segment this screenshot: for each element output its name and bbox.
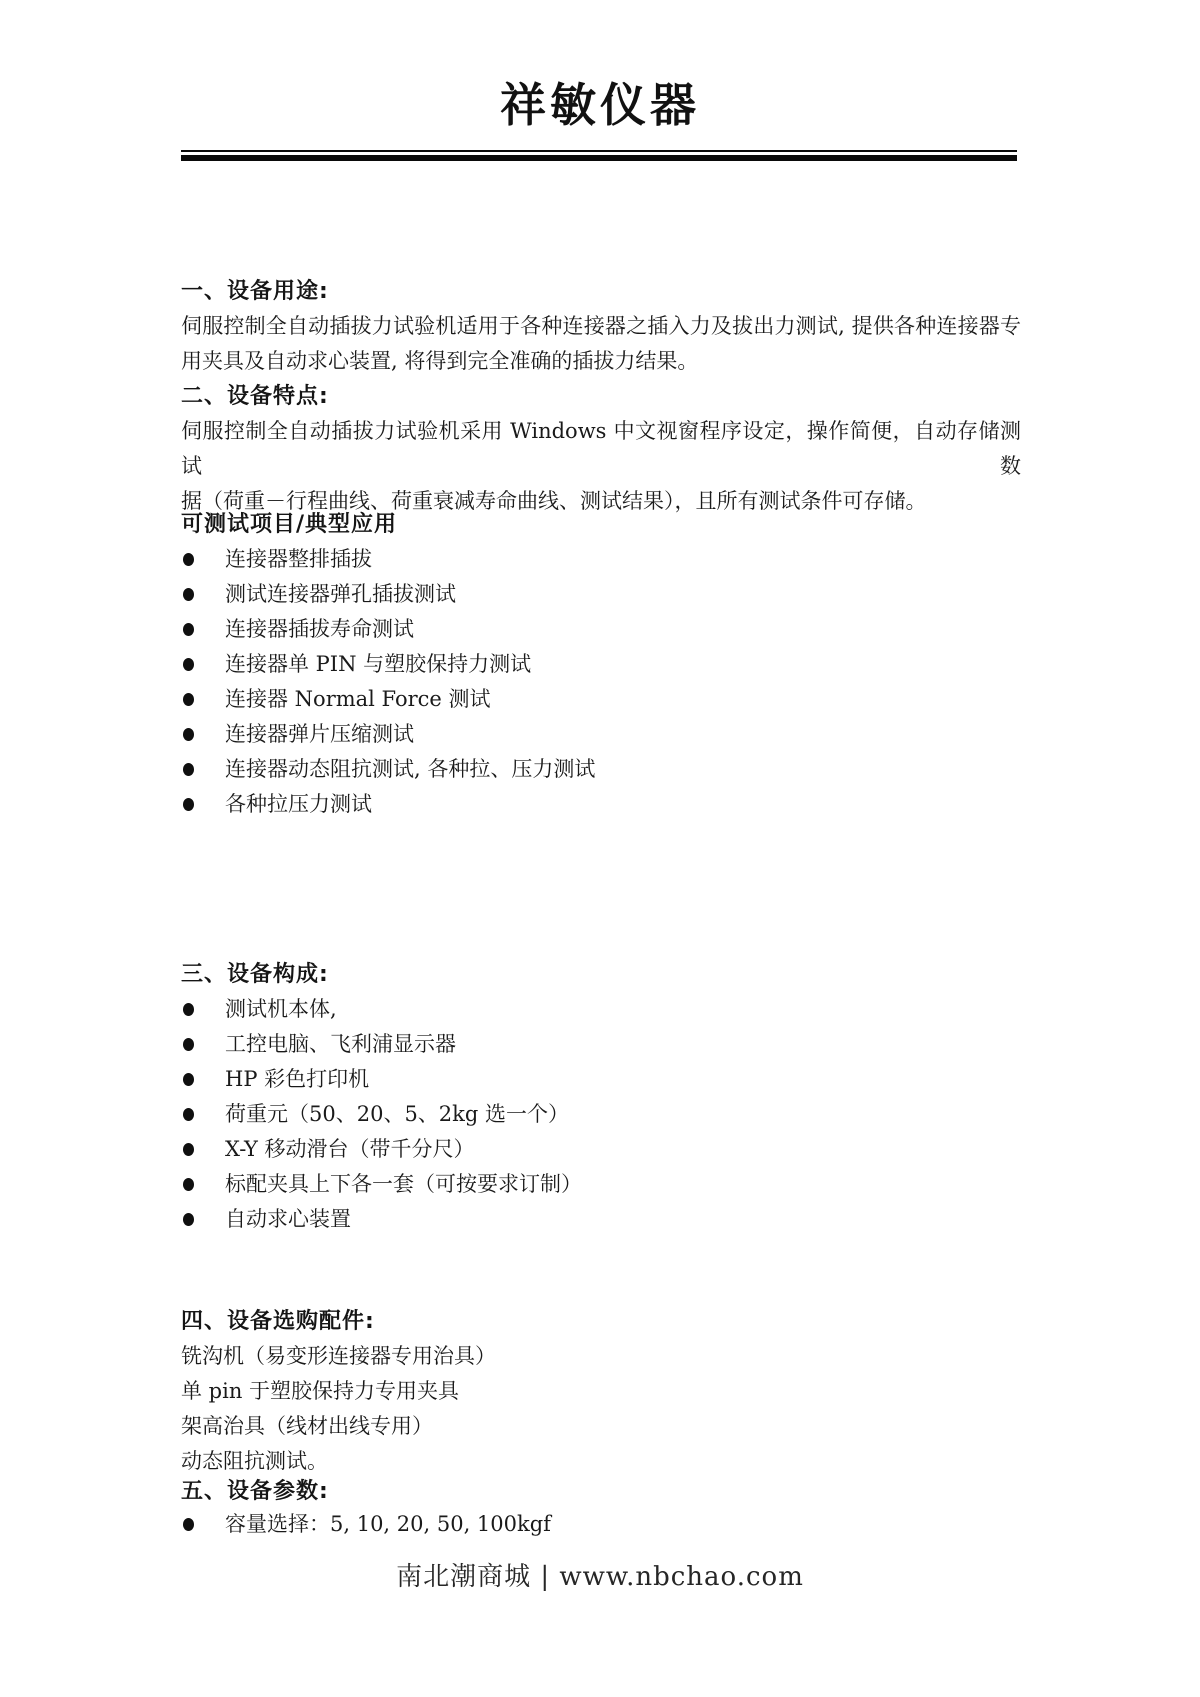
list-item-text: 各种拉压力测试 [225, 792, 372, 816]
list-item: 连接器插拔寿命测试 [181, 612, 1021, 647]
features-paragraph: 伺服控制全自动插拔力试验机采用 Windows 中文视窗程序设定，操作简便，自动… [181, 414, 1021, 519]
list-item-text: 连接器动态阻抗测试, 各种拉、压力测试 [225, 757, 595, 781]
parameters-list: 容量选择：5, 10, 20, 50, 100kgf [181, 1507, 1021, 1542]
bullet-icon [183, 1213, 194, 1226]
list-item-text: 标配夹具上下各一套（可按要求订制） [225, 1172, 582, 1196]
list-item: 工控电脑、飞利浦显示器 [181, 1027, 1021, 1062]
section-heading-features: 二、设备特点: [181, 379, 1021, 414]
list-item-text: 连接器整排插拔 [225, 547, 372, 571]
paragraph-line: 伺服控制全自动插拔力试验机采用 Windows 中文视窗程序设定，操作简便，自动… [181, 414, 1021, 484]
bullet-icon [183, 728, 194, 741]
list-item: 标配夹具上下各一套（可按要求订制） [181, 1167, 1021, 1202]
bullet-icon [183, 1143, 194, 1156]
list-item-text: X-Y 移动滑台（带千分尺） [225, 1137, 475, 1161]
title-divider-thick-line [181, 155, 1017, 161]
list-item-text: HP 彩色打印机 [225, 1067, 369, 1091]
paragraph-line: 铣沟机（易变形连接器专用治具） [181, 1339, 1021, 1374]
list-item: 荷重元（50、20、5、2kg 选一个） [181, 1097, 1021, 1132]
bullet-icon [183, 1038, 194, 1051]
list-item-text: 工控电脑、飞利浦显示器 [225, 1032, 456, 1056]
list-item: 容量选择：5, 10, 20, 50, 100kgf [181, 1507, 1021, 1542]
section-heading-parameters: 五、设备参数: [181, 1474, 1021, 1509]
list-item: HP 彩色打印机 [181, 1062, 1021, 1097]
list-item: 自动求心装置 [181, 1202, 1021, 1237]
list-item-text: 连接器弹片压缩测试 [225, 722, 414, 746]
list-item-text: 容量选择：5, 10, 20, 50, 100kgf [225, 1512, 551, 1536]
list-item: 连接器动态阻抗测试, 各种拉、压力测试 [181, 752, 1021, 787]
bullet-icon [183, 1003, 194, 1016]
bullet-icon [183, 693, 194, 706]
list-item: 连接器 Normal Force 测试 [181, 682, 1021, 717]
doc-title: 祥敏仪器 [0, 76, 1200, 134]
paragraph-line: 伺服控制全自动插拔力试验机适用于各种连接器之插入力及拔出力测试, 提供各种连接器… [181, 309, 1021, 344]
section-heading-testable: 可测试项目/典型应用 [181, 507, 1021, 542]
bullet-icon [183, 1518, 194, 1531]
footer-text: 南北潮商城 | www.nbchao.com [0, 1560, 1200, 1595]
bullet-icon [183, 1073, 194, 1086]
bullet-icon [183, 1178, 194, 1191]
document-page: 祥敏仪器 一、设备用途: 伺服控制全自动插拔力试验机适用于各种连接器之插入力及拔… [0, 0, 1200, 1697]
paragraph-line: 用夹具及自动求心装置, 将得到完全准确的插拔力结果。 [181, 344, 1021, 379]
bullet-icon [183, 1108, 194, 1121]
paragraph-line: 架高治具（线材出线专用） [181, 1409, 1021, 1444]
bullet-icon [183, 588, 194, 601]
list-item-text: 测试连接器弹孔插拔测试 [225, 582, 456, 606]
bullet-icon [183, 763, 194, 776]
list-item-text: 测试机本体, [225, 997, 337, 1021]
list-item: 测试连接器弹孔插拔测试 [181, 577, 1021, 612]
list-item-text: 自动求心装置 [225, 1207, 351, 1231]
list-item: 连接器单 PIN 与塑胶保持力测试 [181, 647, 1021, 682]
bullet-icon [183, 623, 194, 636]
list-item-text: 连接器插拔寿命测试 [225, 617, 414, 641]
optional-paragraph: 铣沟机（易变形连接器专用治具） 单 pin 于塑胶保持力专用夹具 架高治具（线材… [181, 1339, 1021, 1479]
list-item: 连接器整排插拔 [181, 542, 1021, 577]
list-item-text: 连接器单 PIN 与塑胶保持力测试 [225, 652, 531, 676]
list-item-text: 连接器 Normal Force 测试 [225, 687, 491, 711]
list-item-text: 荷重元（50、20、5、2kg 选一个） [225, 1102, 569, 1126]
list-item: 各种拉压力测试 [181, 787, 1021, 822]
bullet-icon [183, 553, 194, 566]
list-item: 连接器弹片压缩测试 [181, 717, 1021, 752]
title-divider [181, 150, 1017, 161]
section-heading-optional: 四、设备选购配件: [181, 1304, 1021, 1339]
paragraph-line: 单 pin 于塑胶保持力专用夹具 [181, 1374, 1021, 1409]
bullet-icon [183, 658, 194, 671]
list-item: X-Y 移动滑台（带千分尺） [181, 1132, 1021, 1167]
bullet-icon [183, 798, 194, 811]
list-item: 测试机本体, [181, 992, 1021, 1027]
testable-list: 连接器整排插拔 测试连接器弹孔插拔测试 连接器插拔寿命测试 连接器单 PIN 与… [181, 542, 1021, 822]
section-heading-purpose: 一、设备用途: [181, 274, 1021, 309]
section-heading-composition: 三、设备构成: [181, 957, 1021, 992]
composition-list: 测试机本体, 工控电脑、飞利浦显示器 HP 彩色打印机 荷重元（50、20、5、… [181, 992, 1021, 1237]
purpose-paragraph: 伺服控制全自动插拔力试验机适用于各种连接器之插入力及拔出力测试, 提供各种连接器… [181, 309, 1021, 379]
